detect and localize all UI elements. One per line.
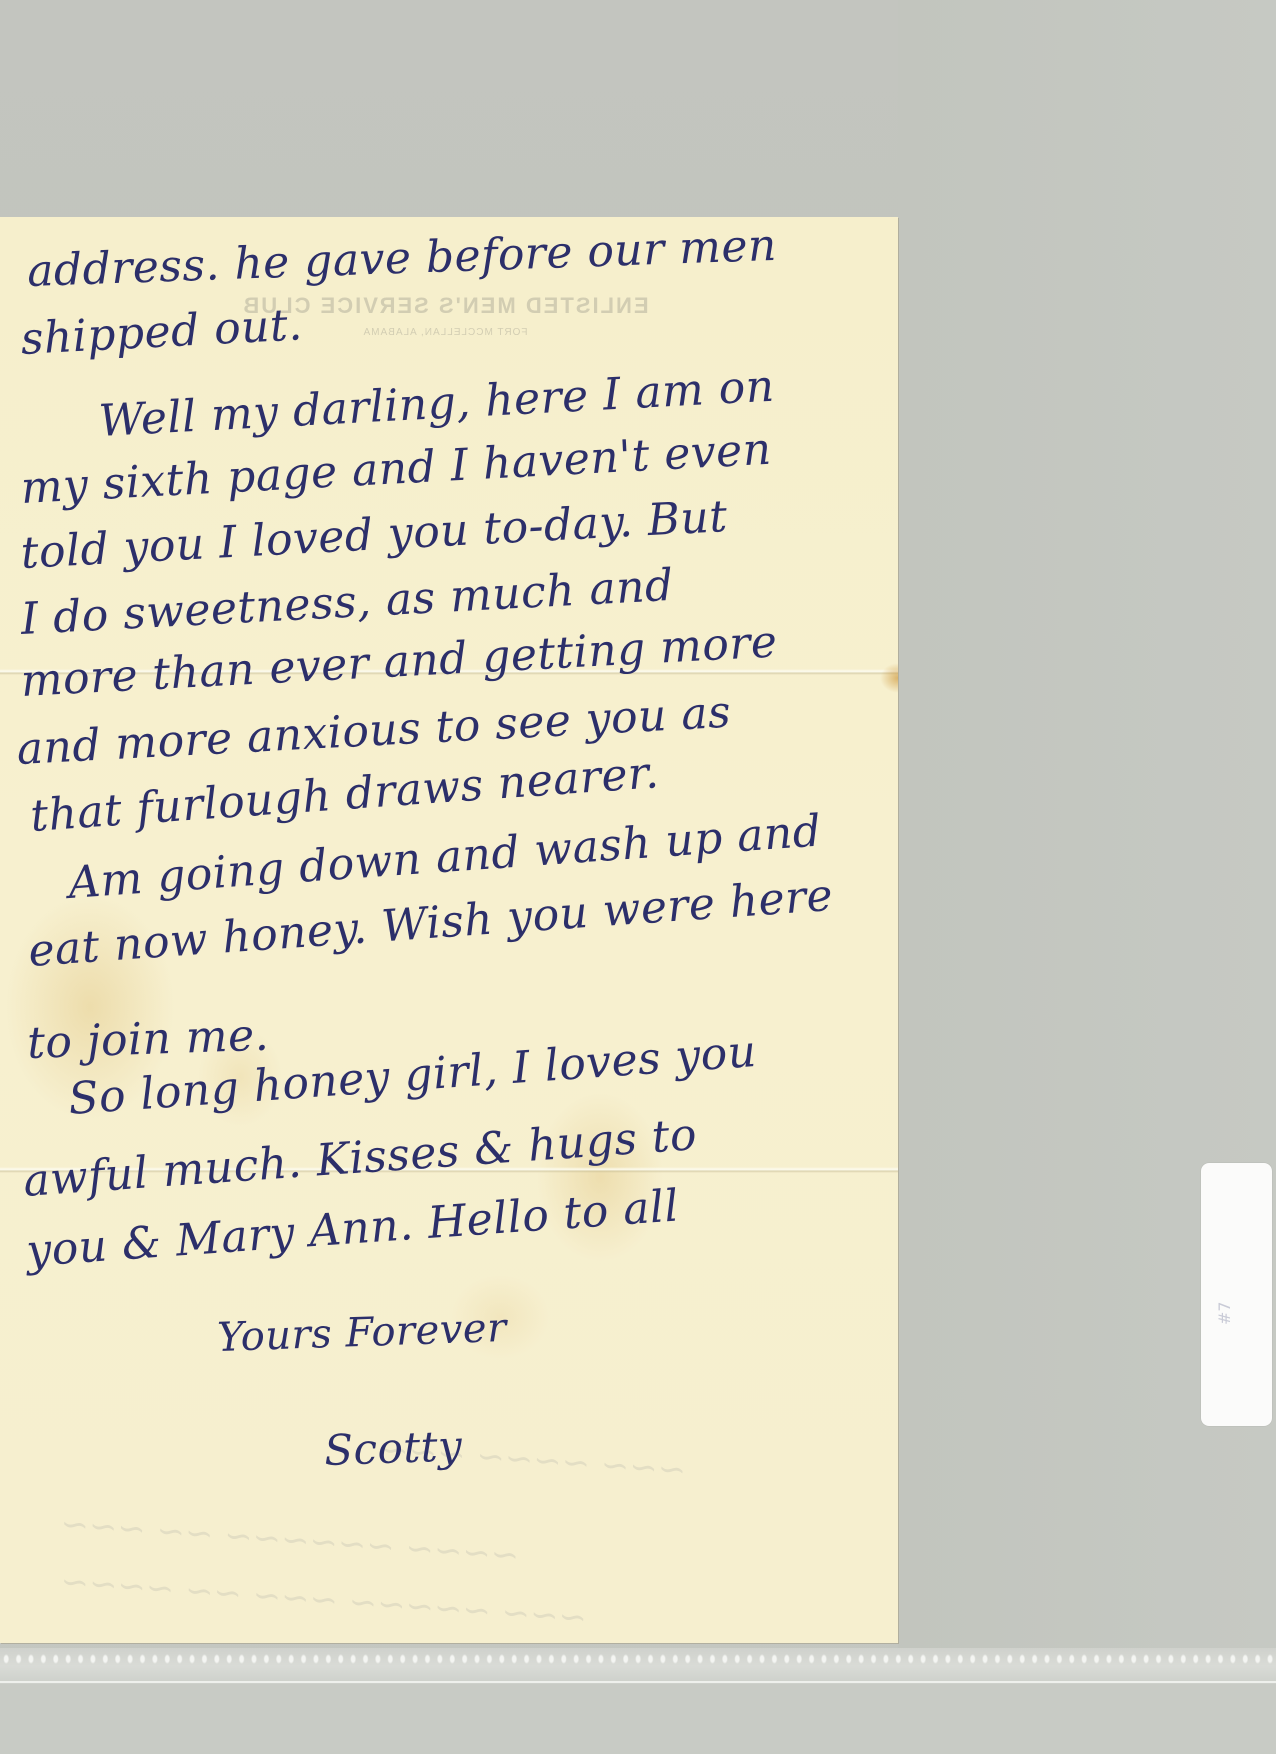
rust-stain — [880, 663, 898, 693]
sleeve-bottom — [0, 1684, 1276, 1754]
letter-closing: Yours Forever — [217, 1308, 508, 1358]
sleeve-background — [898, 0, 1276, 1754]
archive-index-tab: #7 — [1201, 1163, 1272, 1426]
letter-signature: Scotty — [324, 1425, 463, 1472]
archive-tab-label: #7 — [1215, 1223, 1259, 1403]
letter-line: to join me. — [26, 1014, 269, 1066]
sleeve-perforations — [0, 1652, 1276, 1666]
sleeve-edge — [0, 1681, 1276, 1683]
